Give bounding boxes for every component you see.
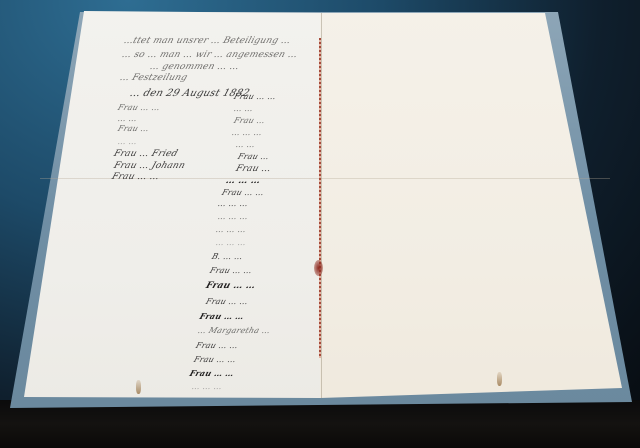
signature: Frau … xyxy=(233,116,267,125)
signature: Frau … … xyxy=(188,368,235,378)
red-stain xyxy=(314,260,323,276)
signature: Frau … … xyxy=(209,266,254,275)
preamble-line: … genommen … … xyxy=(148,62,240,72)
preamble-line: …ttet man unsrer … Beteiligung … xyxy=(122,36,292,46)
signature: B. … … xyxy=(211,252,245,261)
signature: Frau … … xyxy=(117,103,162,112)
signature: Frau … … xyxy=(110,172,160,182)
signature: … … … xyxy=(231,128,264,137)
spine-fold xyxy=(321,13,322,398)
signature: … … xyxy=(117,114,139,123)
signature: … … xyxy=(235,140,257,149)
foxing-stain-right xyxy=(497,372,502,386)
signature: Frau … … xyxy=(221,188,266,197)
signature: … Margaretha … xyxy=(197,326,272,335)
foxing-stain-left xyxy=(136,380,141,394)
signature: Frau … … xyxy=(233,92,278,101)
table-surface xyxy=(0,400,640,448)
signature: … … … xyxy=(224,176,262,186)
signature: Frau … xyxy=(117,124,151,133)
signature: Frau … … xyxy=(198,311,245,321)
signature: … … xyxy=(117,137,139,146)
signature: Frau … xyxy=(234,164,272,174)
signature: Frau … Fried xyxy=(112,149,179,159)
signature: Frau … … xyxy=(193,355,238,364)
preamble-line: … so … man … wir … angemessen … xyxy=(120,50,298,60)
signature: Frau … … xyxy=(205,297,250,306)
signature: Frau … xyxy=(237,152,271,161)
signature: Frau … … xyxy=(204,281,256,291)
signature: … … … xyxy=(217,212,250,221)
signature: Frau … Johann xyxy=(112,161,186,171)
binding-thread xyxy=(319,38,321,358)
signature: … … … xyxy=(215,225,248,234)
signature: Frau … … xyxy=(195,341,240,350)
signature: … … … xyxy=(191,382,224,391)
preamble-line: … Festzeilung xyxy=(118,73,188,83)
signature: … … xyxy=(233,104,255,113)
signature: … … … xyxy=(215,238,248,247)
signature: … … … xyxy=(217,199,250,208)
